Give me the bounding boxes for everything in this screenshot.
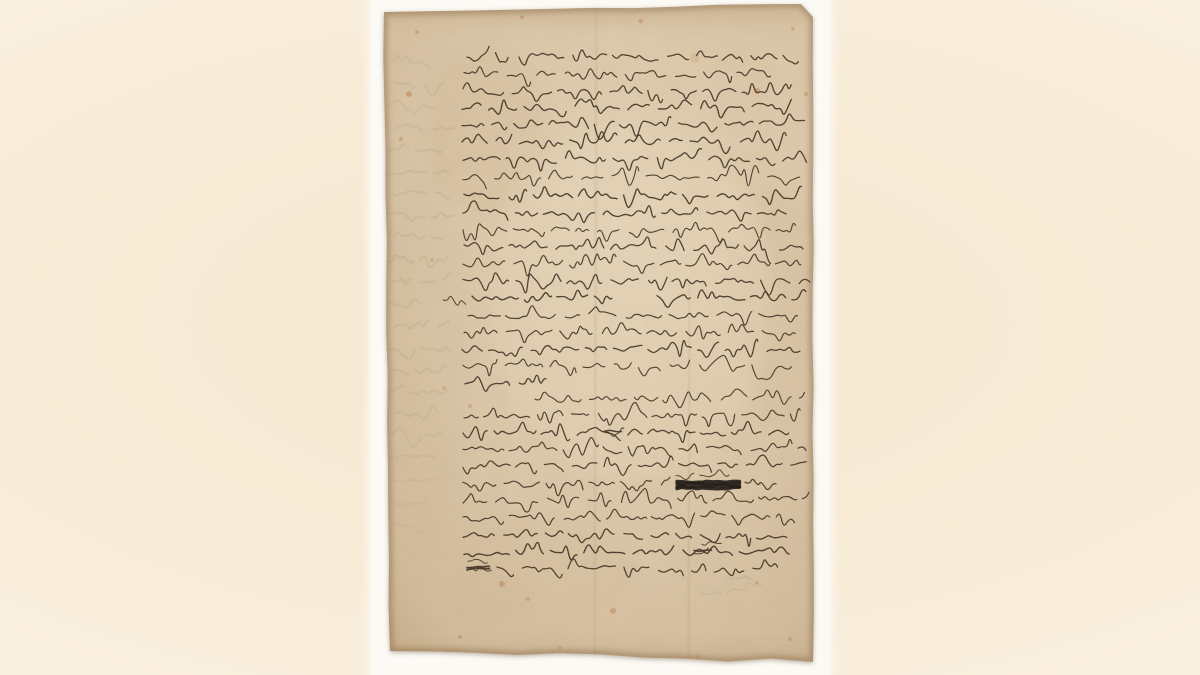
paper-stain [490, 120, 770, 480]
foxing-spot [478, 658, 482, 662]
foxing-spot [520, 15, 524, 19]
foxing-spot [602, 661, 607, 666]
foxing-spot [610, 608, 616, 614]
strikethrough-mark [677, 487, 740, 489]
foxing-spot [430, 258, 434, 262]
foxing-spot [415, 30, 419, 34]
foxing-spot [755, 581, 759, 585]
foxing-spot [406, 91, 412, 97]
foxing-spot [804, 92, 808, 96]
foxing-spot [639, 19, 644, 24]
foxing-spot [399, 137, 403, 141]
foxing-spot [558, 646, 562, 650]
foxing-spot [499, 581, 505, 587]
foxing-spot [696, 655, 700, 659]
manuscript-svg [0, 0, 1200, 675]
foxing-spot [442, 386, 446, 390]
article-image [0, 0, 1200, 675]
foxing-spot [791, 27, 795, 31]
foxing-spot [526, 597, 530, 601]
foxing-spot [468, 404, 472, 408]
foxing-spot [458, 635, 462, 639]
foxing-spot [690, 53, 700, 63]
foxing-spot [788, 637, 792, 641]
